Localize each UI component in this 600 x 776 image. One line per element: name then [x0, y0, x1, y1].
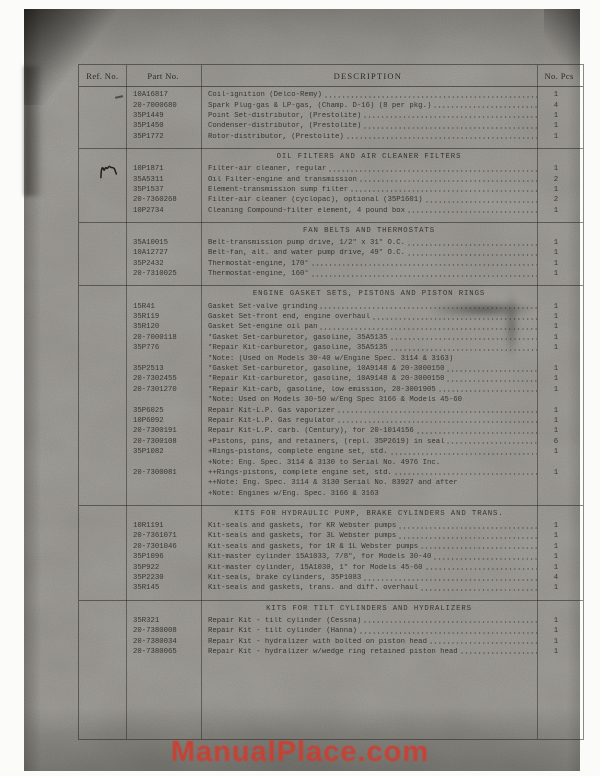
- description-cell: Spark Plug-gas & LP-gas, (Champ. D-16) (…: [201, 102, 537, 110]
- part-number-cell: 35P922: [126, 564, 201, 572]
- pcs-cell: 4: [537, 574, 585, 582]
- description-cell: ++Rings-pistons, complete engine set, st…: [201, 469, 537, 477]
- dot-leader: [408, 240, 537, 247]
- dot-leader: [408, 207, 537, 214]
- part-number-cell: 20-7380008: [126, 627, 201, 635]
- table-row: 35P1772Rotor-distributor, (Prestolite)1: [79, 132, 583, 142]
- part-number-cell: 20-7301046: [126, 543, 201, 551]
- pcs-cell: 1: [537, 543, 585, 551]
- dot-leader: [408, 250, 537, 257]
- dot-leader: [421, 543, 537, 550]
- description-text: Kit-seals, brake cylinders, 35P1083: [208, 574, 361, 582]
- part-number-cell: 10A12727: [126, 249, 201, 257]
- pcs-cell: 1: [537, 334, 585, 342]
- table-row: 20-7380008Repair Kit - tilt cylinder (Ha…: [79, 626, 583, 636]
- parts-table: Ref. No. Part No. DESCRIPTION No. Pcs 10…: [78, 64, 584, 740]
- table-row: 35P1449Point Set-distributor, (Prestolit…: [79, 111, 583, 121]
- table-header-row: Ref. No. Part No. DESCRIPTION No. Pcs: [79, 65, 583, 87]
- table-row: 35P6025Repair Kit-L.P. Gas vaporizer1: [79, 405, 583, 415]
- description-text: *Note: Used on Models 30-50 w/Eng Spec 3…: [208, 396, 462, 404]
- description-text: Coil-ignition (Delco-Remy): [208, 91, 322, 99]
- description-text: Repair Kit-L.P. Gas vaporizer: [208, 407, 335, 415]
- table-row: 20-7301046Kit-seals and gaskets, for 1R …: [79, 542, 583, 552]
- pcs-cell: 1: [537, 239, 585, 247]
- pcs-cell: 1: [537, 553, 585, 561]
- description-text: Kit-master cylinder, 15A1030, 1" for Mod…: [208, 564, 423, 572]
- pcs-cell: 1: [537, 260, 585, 268]
- description-text: *Repair Kit-carb, gasoline, low emission…: [208, 386, 436, 394]
- scan-edge-stain: [24, 66, 44, 196]
- part-number-cell: 20-7310025: [126, 270, 201, 278]
- description-cell: Kit-seals and gaskets, for 3L Webster pu…: [201, 532, 537, 540]
- watermark-text: ManualPlace.com: [0, 736, 600, 769]
- table-section: 10A16817Coil-ignition (Delco-Remy)120-70…: [79, 87, 583, 148]
- dot-leader: [360, 176, 537, 183]
- description-text: Rotor-distributor, (Prestolite): [208, 133, 344, 141]
- table-row: 20-7301270*Repair Kit-carb, gasoline, lo…: [79, 385, 583, 395]
- description-text: Repair Kit-L.P. Gas regulator: [208, 417, 335, 425]
- table-row: 35A10015Belt-transmission pump drive, 1/…: [79, 238, 583, 248]
- pcs-cell: 1: [537, 407, 585, 415]
- description-text: Repair Kit - tilt cylinder (Cessna): [208, 617, 361, 625]
- description-text: Element-transmission sump filter: [208, 186, 348, 194]
- part-number-cell: 20-7380034: [126, 638, 201, 646]
- pcs-cell: 1: [537, 522, 585, 530]
- part-number-cell: 20-7300191: [126, 427, 201, 435]
- description-cell: Kit-seals and gaskets, for KR Webster pu…: [201, 522, 537, 530]
- table-row: 20-7361071Kit-seals and gaskets, for 3L …: [79, 531, 583, 541]
- part-number-cell: 20-7000680: [126, 102, 201, 110]
- description-text: Gasket Set-valve grinding: [208, 303, 317, 311]
- description-text: +Rings-pistons, complete engine set, std…: [208, 448, 388, 456]
- part-number-cell: 35P1772: [126, 133, 201, 141]
- header-ref-no: Ref. No.: [79, 71, 126, 81]
- pcs-cell: 1: [537, 417, 585, 425]
- part-number-cell: 10A16817: [126, 91, 201, 99]
- description-cell: +Pistons, pins, and retainers, (repl. 35…: [201, 438, 537, 446]
- part-number-cell: 35A10015: [126, 239, 201, 247]
- pcs-cell: 1: [537, 207, 585, 215]
- description-cell: Belt-transmission pump drive, 1/2" x 31"…: [201, 239, 537, 247]
- part-number-cell: 35R145: [126, 584, 201, 592]
- dot-leader: [439, 386, 537, 393]
- part-number-cell: 10P6092: [126, 417, 201, 425]
- part-number-cell: 10P1871: [126, 165, 201, 173]
- part-number-cell: 35P1537: [126, 186, 201, 194]
- description-text: Filter-air cleaner (cyclopac), optional …: [208, 196, 423, 204]
- table-row: 20-7300108+Pistons, pins, and retainers,…: [79, 437, 583, 447]
- note-row: +Note: Eng. Spec. 3114 & 3130 to Serial …: [79, 457, 583, 467]
- table-section: KITS FOR TILT CYLINDERS AND HYDRALIZERS3…: [79, 600, 583, 664]
- pcs-cell: 1: [537, 323, 585, 331]
- dot-leader: [360, 628, 537, 635]
- description-text: Thermostat-engine, 160°: [208, 270, 309, 278]
- part-number-cell: 35P1450: [126, 122, 201, 130]
- part-number-cell: 35P1449: [126, 112, 201, 120]
- table-row: 20-7000680Spark Plug-gas & LP-gas, (Cham…: [79, 100, 583, 110]
- description-cell: Belt-fan, alt. and water pump drive, 49"…: [201, 249, 537, 257]
- section-title: KITS FOR TILT CYLINDERS AND HYDRALIZERS: [201, 602, 537, 615]
- description-cell: *Gasket Set-carburetor, gasoline, 10A914…: [201, 365, 537, 373]
- pcs-cell: 1: [537, 91, 585, 99]
- description-text: ++Rings-pistons, complete engine set, st…: [208, 469, 392, 477]
- part-number-cell: 35R120: [126, 323, 201, 331]
- description-text: Spark Plug-gas & LP-gas, (Champ. D-16) (…: [208, 102, 431, 110]
- description-text: *Gasket Set-carburetor, gasoline, 35A513…: [208, 334, 388, 342]
- table-row: 35P2432Thermostat-engine, 170°1: [79, 259, 583, 269]
- description-cell: +Rings-pistons, complete engine set, std…: [201, 448, 537, 456]
- table-row: 20-7310025Thermostat-engine, 160°1: [79, 269, 583, 279]
- pcs-cell: 1: [537, 112, 585, 120]
- description-cell: Kit-seals, brake cylinders, 35P1083: [201, 574, 537, 582]
- table-row: 35R321Repair Kit - tilt cylinder (Cessna…: [79, 616, 583, 626]
- pcs-cell: 1: [537, 249, 585, 257]
- description-text: Cleaning Compound-filter element, 4 poun…: [208, 207, 405, 215]
- dot-leader: [351, 186, 537, 193]
- part-number-cell: 20-7000118: [126, 334, 201, 342]
- section-title: ENGINE GASKET SETS, PISTONS AND PISTON R…: [201, 287, 537, 300]
- table-body: 10A16817Coil-ignition (Delco-Remy)120-70…: [79, 87, 583, 739]
- ink-smudge-vertical: [505, 292, 518, 360]
- dot-leader: [329, 166, 537, 173]
- dot-leader: [391, 449, 537, 456]
- handwritten-m-mark-icon: [98, 161, 124, 185]
- description-cell: Cleaning Compound-filter element, 4 poun…: [201, 207, 537, 215]
- part-number-cell: 35P1082: [126, 448, 201, 456]
- description-cell: *Repair Kit-carb, gasoline, low emission…: [201, 386, 537, 394]
- description-text: Belt-fan, alt. and water pump drive, 49"…: [208, 249, 405, 257]
- dot-leader: [447, 376, 537, 383]
- header-part-no: Part No.: [126, 71, 201, 81]
- dot-leader: [417, 428, 537, 435]
- description-text: Repair Kit-L.P. carb. (Century), for 20-…: [208, 427, 414, 435]
- part-number-cell: 20-7300081: [126, 469, 201, 477]
- table-row: 10P2734Cleaning Compound-filter element,…: [79, 206, 583, 216]
- description-text: Kit-seals and gaskets, for 1R & 1L Webst…: [208, 543, 418, 551]
- table-row: 20-7300081++Rings-pistons, complete engi…: [79, 468, 583, 478]
- dot-leader: [312, 260, 537, 267]
- description-text: ++Note: Eng. Spec. 3114 & 3130 Serial No…: [208, 479, 458, 487]
- description-text: Gasket Set-engine oil pan: [208, 323, 317, 331]
- description-text: Point Set-distributor, (Prestolite): [208, 112, 361, 120]
- pcs-cell: 1: [537, 617, 585, 625]
- pcs-cell: 4: [537, 102, 585, 110]
- pcs-cell: 1: [537, 313, 585, 321]
- part-number-cell: 35P1096: [126, 553, 201, 561]
- dot-leader: [434, 554, 537, 561]
- table-section: FAN BELTS AND THERMOSTATS35A10015Belt-tr…: [79, 222, 583, 286]
- part-number-cell: 35P2230: [126, 574, 201, 582]
- ink-smudge-horizontal: [428, 302, 540, 317]
- table-row: 35P1082+Rings-pistons, complete engine s…: [79, 447, 583, 457]
- description-text: +Pistons, pins, and retainers, (repl. 35…: [208, 438, 444, 446]
- pcs-cell: 1: [537, 469, 585, 477]
- description-text: Oil Filter-engine and transmission: [208, 176, 357, 184]
- description-cell: Repair Kit-L.P. Gas vaporizer: [201, 407, 537, 415]
- description-cell: Kit-master cylinder, 15A1030, 1" for Mod…: [201, 564, 537, 572]
- table-section: OIL FILTERS AND AIR CLEANER FILTERS10P18…: [79, 148, 583, 222]
- table-row: 35A5311Oil Filter-engine and transmissio…: [79, 174, 583, 184]
- dot-leader: [364, 112, 537, 119]
- description-cell: Filter-air cleaner, regular: [201, 165, 537, 173]
- section-title: KITS FOR HYDRAULIC PUMP, BRAKE CYLINDERS…: [201, 507, 537, 520]
- pcs-cell: 1: [537, 133, 585, 141]
- pcs-cell: 1: [537, 532, 585, 540]
- description-text: Kit-seals and gaskets, for 3L Webster pu…: [208, 532, 396, 540]
- part-number-cell: 35P2432: [126, 260, 201, 268]
- pcs-cell: 1: [537, 648, 585, 656]
- dot-leader: [447, 366, 537, 373]
- dot-leader: [338, 407, 537, 414]
- description-cell: Repair Kit - hydralizer with bolted on p…: [201, 638, 537, 646]
- table-row: 35R145Kit-seals and gaskets, trans. and …: [79, 583, 583, 593]
- dot-leader: [421, 585, 537, 592]
- description-text: Repair Kit - hydralizer with bolted on p…: [208, 638, 427, 646]
- description-cell: *Note: Used on Models 30-50 w/Eng Spec 3…: [201, 396, 537, 404]
- description-cell: Thermostat-engine, 160°: [201, 270, 537, 278]
- description-cell: Filter-air cleaner (cyclopac), optional …: [201, 196, 537, 204]
- note-row: ++Note: Eng. Spec. 3114 & 3130 Serial No…: [79, 478, 583, 488]
- description-text: Repair Kit - tilt cylinder (Hanna): [208, 627, 357, 635]
- dot-leader: [447, 438, 537, 445]
- description-cell: Oil Filter-engine and transmission: [201, 176, 537, 184]
- description-cell: Kit-master cylinder 15A1033, 7/8", for M…: [201, 553, 537, 561]
- table-row: 35P1537Element-transmission sump filter1: [79, 185, 583, 195]
- part-number-cell: 20-7380065: [126, 648, 201, 656]
- part-number-cell: 35P776: [126, 344, 201, 352]
- part-number-cell: 35A5311: [126, 176, 201, 184]
- part-number-cell: 10R1191: [126, 522, 201, 530]
- pcs-cell: 1: [537, 386, 585, 394]
- dot-leader: [399, 533, 537, 540]
- table-row: 35P2513*Gasket Set-carburetor, gasoline,…: [79, 364, 583, 374]
- table-row: 35P1450Condenser-distributor, (Prestolit…: [79, 121, 583, 131]
- dot-leader: [426, 564, 537, 571]
- description-text: Kit-seals and gaskets, trans. and diff. …: [208, 584, 418, 592]
- pcs-cell: 1: [537, 627, 585, 635]
- description-text: Kit-master cylinder 15A1033, 7/8", for M…: [208, 553, 431, 561]
- description-cell: Gasket Set-engine oil pan: [201, 323, 537, 331]
- description-cell: *Repair Kit-carburetor, gasoline, 10A914…: [201, 375, 537, 383]
- description-cell: ++Note: Eng. Spec. 3114 & 3130 Serial No…: [201, 479, 537, 487]
- section-title: FAN BELTS AND THERMOSTATS: [201, 224, 537, 237]
- part-number-cell: 20-7361071: [126, 532, 201, 540]
- pcs-cell: 2: [537, 176, 585, 184]
- dot-leader: [395, 469, 537, 476]
- description-text: Thermostat-engine, 170°: [208, 260, 309, 268]
- description-cell: Thermostat-engine, 170°: [201, 260, 537, 268]
- dot-leader: [434, 102, 537, 109]
- description-text: Kit-seals and gaskets, for KR Webster pu…: [208, 522, 396, 530]
- dot-leader: [461, 648, 537, 655]
- description-cell: Repair Kit - hydralizer w/wedge ring ret…: [201, 648, 537, 656]
- pcs-cell: 1: [537, 448, 585, 456]
- description-cell: Repair Kit-L.P. carb. (Century), for 20-…: [201, 427, 537, 435]
- pcs-cell: 1: [537, 186, 585, 194]
- description-cell: Repair Kit - tilt cylinder (Hanna): [201, 627, 537, 635]
- description-text: Repair Kit - hydralizer w/wedge ring ret…: [208, 648, 458, 656]
- part-number-cell: 10P2734: [126, 207, 201, 215]
- pcs-cell: 1: [537, 427, 585, 435]
- pcs-cell: 2: [537, 196, 585, 204]
- part-number-cell: 20-7300108: [126, 438, 201, 446]
- description-text: +Note: Engines w/Eng. Spec. 3166 & 3163: [208, 490, 379, 498]
- part-number-cell: 15R41: [126, 303, 201, 311]
- header-description: DESCRIPTION: [201, 71, 536, 81]
- description-cell: *Note: (Used on Models 30-40 w/Engine Sp…: [201, 355, 537, 363]
- table-section: KITS FOR HYDRAULIC PUMP, BRAKE CYLINDERS…: [79, 505, 583, 600]
- pcs-cell: 1: [537, 165, 585, 173]
- table-row: 20-7302455*Repair Kit-carburetor, gasoli…: [79, 374, 583, 384]
- description-cell: +Note: Eng. Spec. 3114 & 3130 to Serial …: [201, 459, 537, 467]
- pcs-cell: 6: [537, 438, 585, 446]
- table-row: 35P1096Kit-master cylinder 15A1033, 7/8"…: [79, 552, 583, 562]
- dot-leader: [430, 638, 537, 645]
- dot-leader: [347, 133, 537, 140]
- description-text: Condenser-distributor, (Prestolite): [208, 122, 361, 130]
- description-cell: Condenser-distributor, (Prestolite): [201, 122, 537, 130]
- table-row: 10A12727Belt-fan, alt. and water pump dr…: [79, 248, 583, 258]
- pcs-cell: 1: [537, 584, 585, 592]
- dot-leader: [364, 123, 537, 130]
- part-number-cell: 20-7360268: [126, 196, 201, 204]
- table-row: 20-7380034Repair Kit - hydralizer with b…: [79, 636, 583, 646]
- note-row: *Note: Used on Models 30-50 w/Eng Spec 3…: [79, 395, 583, 405]
- description-text: *Repair Kit-carburetor, gasoline, 10A914…: [208, 375, 444, 383]
- description-text: Gasket Set-front end, engine overhaul: [208, 313, 370, 321]
- description-text: Filter-air cleaner, regular: [208, 165, 326, 173]
- dot-leader: [338, 417, 537, 424]
- pcs-cell: 1: [537, 270, 585, 278]
- pcs-cell: 1: [537, 375, 585, 383]
- part-number-cell: 35P6025: [126, 407, 201, 415]
- section-title: OIL FILTERS AND AIR CLEANER FILTERS: [201, 150, 537, 163]
- part-number-cell: 20-7302455: [126, 375, 201, 383]
- description-cell: *Gasket Set-carburetor, gasoline, 35A513…: [201, 334, 537, 342]
- table-row: 35P2230Kit-seals, brake cylinders, 35P10…: [79, 573, 583, 583]
- description-cell: Rotor-distributor, (Prestolite): [201, 133, 537, 141]
- pcs-cell: 1: [537, 303, 585, 311]
- description-cell: Element-transmission sump filter: [201, 186, 537, 194]
- description-cell: Coil-ignition (Delco-Remy): [201, 91, 537, 99]
- table-row: 10P6092Repair Kit-L.P. Gas regulator1: [79, 416, 583, 426]
- table-row: 35P922Kit-master cylinder, 15A1030, 1" f…: [79, 562, 583, 572]
- description-text: *Repair Kit-carburetor, gasoline, 35A513…: [208, 344, 388, 352]
- table-row: 20-7380065Repair Kit - hydralizer w/wedg…: [79, 647, 583, 657]
- description-cell: +Note: Engines w/Eng. Spec. 3166 & 3163: [201, 490, 537, 498]
- description-cell: *Repair Kit-carburetor, gasoline, 35A513…: [201, 344, 537, 352]
- table-row: 10A16817Coil-ignition (Delco-Remy)1: [79, 90, 583, 100]
- description-text: +Note: Eng. Spec. 3114 & 3130 to Serial …: [208, 459, 440, 467]
- dot-leader: [364, 617, 537, 624]
- dot-leader: [426, 197, 537, 204]
- part-number-cell: 35P2513: [126, 365, 201, 373]
- table-row: 10P1871Filter-air cleaner, regular1: [79, 164, 583, 174]
- table-row: 20-7300191Repair Kit-L.P. carb. (Century…: [79, 426, 583, 436]
- table-row: 10R1191Kit-seals and gaskets, for KR Web…: [79, 521, 583, 531]
- pcs-cell: 1: [537, 365, 585, 373]
- part-number-cell: 35R321: [126, 617, 201, 625]
- description-cell: Kit-seals and gaskets, trans. and diff. …: [201, 584, 537, 592]
- dot-leader: [325, 92, 537, 99]
- header-no-pcs: No. Pcs: [535, 71, 583, 81]
- dot-leader: [399, 523, 537, 530]
- description-text: Belt-transmission pump drive, 1/2" x 31"…: [208, 239, 405, 247]
- description-cell: Repair Kit - tilt cylinder (Cessna): [201, 617, 537, 625]
- dot-leader: [312, 271, 537, 278]
- pcs-cell: 1: [537, 344, 585, 352]
- description-cell: Kit-seals and gaskets, for 1R & 1L Webst…: [201, 543, 537, 551]
- description-cell: Repair Kit-L.P. Gas regulator: [201, 417, 537, 425]
- table-row: 20-7360268Filter-air cleaner (cyclopac),…: [79, 195, 583, 205]
- pcs-cell: 1: [537, 564, 585, 572]
- description-text: *Note: (Used on Models 30-40 w/Engine Sp…: [208, 355, 453, 363]
- dot-leader: [364, 575, 537, 582]
- part-number-cell: 35R119: [126, 313, 201, 321]
- description-cell: Point Set-distributor, (Prestolite): [201, 112, 537, 120]
- pcs-cell: 1: [537, 122, 585, 130]
- note-row: +Note: Engines w/Eng. Spec. 3166 & 3163: [79, 489, 583, 499]
- part-number-cell: 20-7301270: [126, 386, 201, 394]
- description-text: *Gasket Set-carburetor, gasoline, 10A914…: [208, 365, 444, 373]
- pcs-cell: 1: [537, 638, 585, 646]
